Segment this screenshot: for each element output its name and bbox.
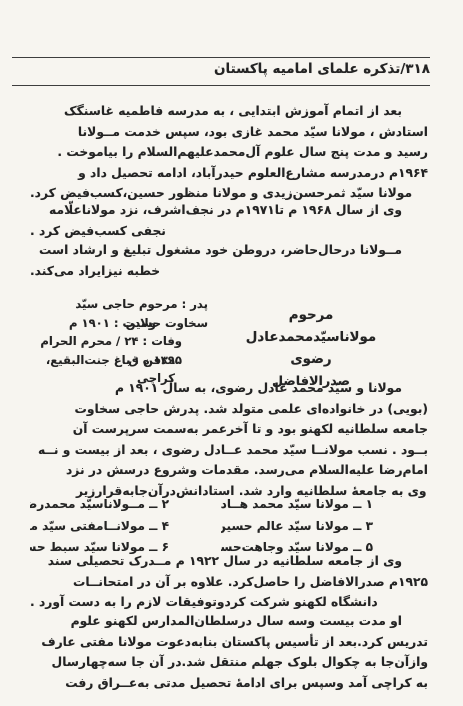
scanned-book-page: ۳۱۸/تذکره علمای امامیه پاکستان بعد از ات…	[0, 0, 463, 706]
teacher-item-4: ۴ ــ مولانــامفتی سیّد محمدحسن	[30, 516, 221, 538]
bio-birth: ولادت : ۱۹۰۱ م	[30, 314, 156, 333]
paragraph-najaf: وی از سال ۱۹۶۸ م تا۱۹۷۱م در نجف‌اشرف، نز…	[30, 200, 428, 241]
teachers-row: ۳ ــ مولانا سیّد عالم حسین ادیب ۴ ــ مول…	[30, 516, 428, 538]
body-line: بــود . نسب مولانــا سیّد محمد عــادل رض…	[30, 440, 428, 461]
body-line: خطبه نیزایراد می‌کند.	[30, 261, 428, 282]
body-line: مــولانا درحال‌حاضر، دروطن خود مشغول تبل…	[30, 240, 428, 261]
bio-death: وفات : ۲۴ / محرم الحرام ۱۳۹۵ ه ق	[30, 332, 182, 351]
body-line: رسید و مدت پنج سال علوم آل‌محمدعلیهم‌الس…	[30, 142, 428, 163]
paragraph-degrees: وی از جامعه سلطانیه در سال ۱۹۲۲ م مــدرک…	[30, 551, 428, 613]
body-line: جامعه سلطانیه لکهنو بود و تا آخرعمر به‌س…	[30, 419, 428, 440]
body-line: وی از جامعه سلطانیه در سال ۱۹۲۲ م مــدرک…	[30, 551, 428, 572]
paragraph-education: بعد از اتمام آموزش ابتدایی ، به مدرسه فا…	[30, 101, 428, 204]
bio-father: پدر : مرحوم حاجی سیّد سخاوت حسین	[30, 295, 208, 314]
body-line: امام‌رضا علیه‌السلام می‌رسد. مقدمات وشرو…	[30, 460, 428, 481]
paragraph-teaching-career: او مدت بیست وسه سال درسلطان‌المدارس لکهن…	[30, 611, 428, 693]
body-line: به کراچی آمد وسپس برای ادامهٔ تحصیل مدتی…	[30, 673, 428, 694]
teachers-row: ۱ ــ مولانا سیّد محمد هــادی فقیه ۲ ــ م…	[30, 494, 428, 516]
body-line: وازآن‌جا به چکوال بلوک جهلم منتقل شد.در …	[30, 652, 428, 673]
paragraph-lineage: مولانا و سیّد محمد عادل رضوی، به سال ۱۹۰…	[30, 378, 428, 501]
header-bottom-rule	[12, 85, 430, 86]
body-line: وی از سال ۱۹۶۸ م تا۱۹۷۱م در نجف‌اشرف، نز…	[30, 200, 428, 221]
body-line: (بویی) در خانواده‌ای علمی متولد شد. پدرش…	[30, 399, 428, 420]
paragraph-current-status: مــولانا درحال‌حاضر، دروطن خود مشغول تبل…	[30, 240, 428, 281]
header-top-rule	[12, 57, 430, 58]
biography-details-list: پدر : مرحوم حاجی سیّد سخاوت حسین ولادت :…	[30, 295, 208, 369]
page-number-and-book-title: ۳۱۸/تذکره علمای امامیه پاکستان	[214, 61, 430, 77]
body-line: دانشگاه لکهنو شرکت کردوتوفیقات لازم را ب…	[30, 592, 428, 613]
body-line: ۱۹۶۴م درمدرسه مشارع‌العلوم حیدرآباد، ادا…	[30, 163, 428, 184]
teachers-numbered-list: ۱ ــ مولانا سیّد محمد هــادی فقیه ۲ ــ م…	[30, 494, 428, 559]
bio-burial: مدفن : باغ جنت‌البقیع، کراچی	[30, 351, 175, 370]
body-line: استادش ، مولانا سیّد محمد غازی بود، سپس …	[30, 122, 428, 143]
teacher-item-2: ۲ ــ مــولاناسیّد محمدرضا فلسفی	[30, 494, 221, 516]
teacher-item-3: ۳ ــ مولانا سیّد عالم حسین ادیب	[221, 516, 428, 538]
body-line: او مدت بیست وسه سال درسلطان‌المدارس لکهن…	[30, 611, 428, 632]
entry-name: مرحوم مولاناسیّدمحمدعادل رضوی	[225, 305, 397, 371]
body-line: تدریس کرد.بعد از تأسیس پاکستان بنابه‌دعو…	[30, 632, 428, 653]
body-line: نجفی کسب‌فیض کرد .	[30, 221, 428, 242]
body-line: بعد از اتمام آموزش ابتدایی ، به مدرسه فا…	[30, 101, 428, 122]
body-line: مولانا و سیّد محمد عادل رضوی، به سال ۱۹۰…	[30, 378, 428, 399]
body-line: ۱۹۲۵م صدرالافاضل را حاصل‌کرد. علاوه بر آ…	[30, 572, 428, 593]
teacher-item-1: ۱ ــ مولانا سیّد محمد هــادی فقیه	[221, 494, 428, 516]
